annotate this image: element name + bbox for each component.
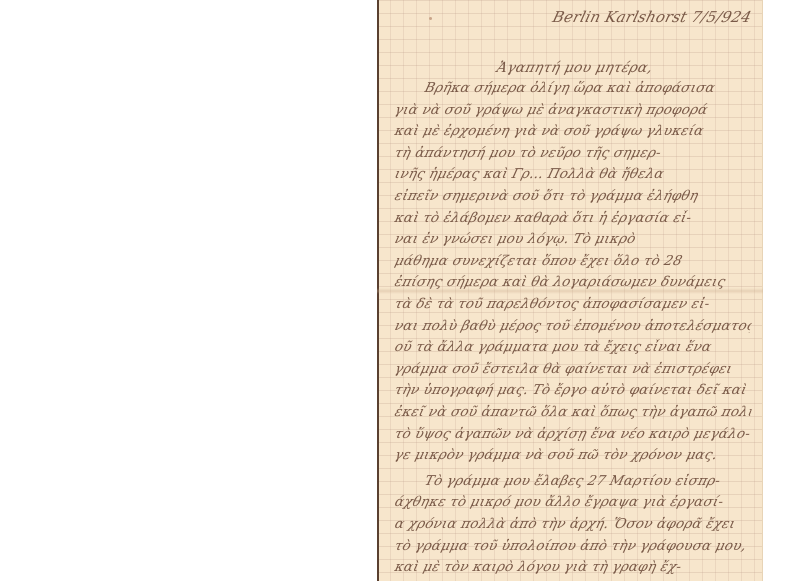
letter-page: Berlin Karlshorst 7/5/924 Ἀγαπητή μου μη… bbox=[377, 0, 763, 581]
letter-line: ἐπίσης σήμερα καὶ θὰ λογαριάσωμεν δυνάμε… bbox=[393, 274, 753, 290]
letter-line: καὶ μὲ ἐρχομένη γιὰ νὰ σοῦ γράψω γλυκεία bbox=[393, 123, 753, 139]
letter-line: ἐκεῖ νὰ σοῦ ἀπαντῶ ὅλα καὶ ὅπως τὴν ἀγαπ… bbox=[393, 404, 753, 420]
letter-line: γιὰ νὰ σοῦ γράψω μὲ ἀναγκαστικὴ προφορά bbox=[393, 102, 753, 118]
letter-line: τὰ δὲ τὰ τοῦ παρελθόντος ἀποφασίσαμεν εἰ… bbox=[393, 296, 753, 312]
letter-line: τὴ ἀπάντησή μου τὸ νεῦρο τῆς σημερ- bbox=[393, 145, 753, 161]
letter-line: γράμμα σοῦ ἔστειλα θὰ φαίνεται νὰ ἐπιστρ… bbox=[393, 361, 753, 377]
letter-salutation: Ἀγαπητή μου μητέρα, bbox=[495, 60, 654, 76]
letter-line: ναι πολὺ βαθὺ μέρος τοῦ ἐπομένου ἀποτελέ… bbox=[393, 318, 753, 334]
letter-line: ινῆς ἡμέρας καὶ Γρ... Πολλὰ θὰ ἤθελα bbox=[393, 166, 753, 182]
letter-line: εἰπεῖν σημερινὰ σοῦ ὅτι τὸ γράμμα ἐλήφθη bbox=[393, 188, 753, 204]
letter-line: Τὸ γράμμα μου ἔλαβες 27 Μαρτίου εἰσπρ- bbox=[423, 473, 783, 489]
letter-line: γε μικρὸν γράμμα νὰ σοῦ πῶ τὸν χρόνον μα… bbox=[393, 447, 753, 463]
letter-header-place-date: Berlin Karlshorst 7/5/924 bbox=[551, 8, 754, 26]
letter-line: οῦ τὰ ἄλλα γράμματα μου τὰ ἔχεις εἶναι ἕ… bbox=[393, 339, 753, 355]
letter-line: ναι ἐν γνώσει μου λόγῳ. Τὸ μικρὸ bbox=[393, 231, 753, 247]
letter-line: καὶ μὲ τὸν καιρὸ λόγου γιὰ τὴ γραφὴ ἔχ- bbox=[393, 559, 753, 575]
letter-line: άχθηκε τὸ μικρό μου ἄλλο ἔγραψα γιὰ ἐργα… bbox=[393, 494, 753, 510]
letter-line: μάθημα συνεχίζεται ὅπου ἔχει ὅλο τὸ 28 bbox=[393, 253, 753, 269]
letter-line: α χρόνια πολλὰ ἀπὸ τὴν ἀρχή. Ὅσον ἀφορᾶ … bbox=[393, 516, 753, 532]
letter-line: τὴν ὑπογραφή μας. Τὸ ἔργο αὐτὸ φαίνεται … bbox=[393, 382, 753, 398]
letter-line: καὶ τὸ ἐλάβομεν καθαρὰ ὅτι ἡ ἐργασία εἶ- bbox=[393, 210, 753, 226]
letter-line: τὸ γράμμα τοῦ ὑπολοίπου ἀπὸ τὴν γράφουσα… bbox=[393, 538, 753, 554]
paper-speck bbox=[429, 17, 432, 20]
letter-line: τὸ ὕψος ἀγαπῶν νὰ ἀρχίσῃ ἕνα νέο καιρὸ μ… bbox=[393, 426, 753, 442]
letter-line: Βρῆκα σήμερα ὀλίγη ὥρα καὶ ἀποφάσισα bbox=[423, 80, 783, 96]
